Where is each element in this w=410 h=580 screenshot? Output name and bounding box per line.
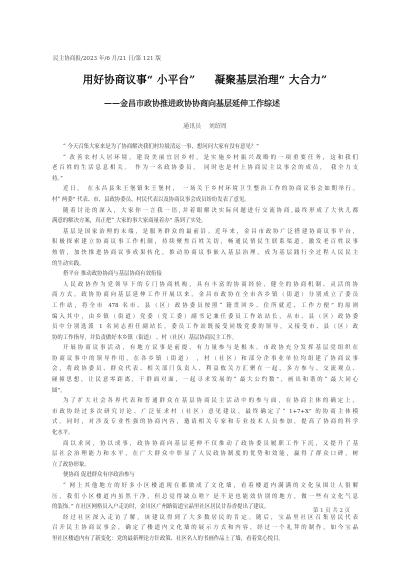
body-line: 商方式。政协协商向基层延伸工作开展以来，金昌市政协在全市各乡镇（街道）分别成立了…: [52, 290, 358, 301]
body-line: 经过社区深入走访了解，该建议得到了大多数居民的肯定。随后，宝晶里社区召集居民代表: [52, 513, 358, 524]
body-line: 员中分别选派 1 名同志担任副站长，委员工作站既接受同级党委的领导，又接受市、县…: [52, 322, 358, 333]
body-line: 协的工作指导，并负责做好本乡镇（街道） 、村（社区）基层协商民主工作。: [52, 333, 358, 344]
body-line: 工作站，将全市 478 名市、县（区）政协委员按照“ 籍贯回乡、住所就近、工作方…: [52, 301, 358, 312]
article-body: “ 今天召集大家来是为了协商解决我们村垃圾清运一事，想问问大家有没有意见？”“ …: [52, 142, 358, 545]
body-line: 近日， 在永昌县朱王堡镇朱王堡村， 一场关于乡村环境卫生整治工作的协商议事会如期…: [52, 184, 358, 195]
byline: 通讯员 刘绍周: [0, 121, 410, 130]
body-line: 开展协商议事活动，有地方议事是前提，有力量参与是根本。市政协充分发挥基层党组织在: [52, 343, 358, 354]
body-line: 压，我们小区楼道内虽然干净，但总觉得缺点啥？是不是也能效仿别的地方，做一些有文化…: [52, 492, 358, 503]
body-line: 式。同时，对涉及专业性强的协商内容，邀请相关专家和专业技术人员参加，提高了协商的…: [52, 417, 358, 428]
body-line: 里社区楼道内有了新变化：党的最新理论方针政策、社区名人的书画作品上了墙，看着赏心…: [52, 534, 358, 545]
body-line: 基层是国家治理的末端，是服务群众的最前沿。近年来，金昌市政协广泛搭建协商议事平台…: [52, 227, 358, 238]
page-footer: 第 1 页 共 2 页: [313, 506, 350, 514]
body-line: 满意的解决方案，真正把“ 大家的事大家商量着办” 落到了实处。: [52, 216, 358, 227]
body-line: 的生动实践。: [52, 259, 358, 270]
body-line: 商以求同，协以成事，政协协商向基层延伸不仅推动了政协委员履职工作下沉，又提升了基: [52, 439, 358, 450]
body-line: 市政协经过多次研究讨论、广泛征求村（社区）意见建议，最终确定了“ 1+7+X” …: [52, 407, 358, 418]
body-line: 老百姓的生活息息相关。 作为一名政协委员， 同时也是村上协商民主议事会的成员， …: [52, 163, 358, 174]
section-heading: 便协商 促进群众有序政治参与: [52, 470, 358, 481]
body-line: 圆”。: [52, 386, 358, 397]
article-subtitle: ——金昌市政协推进政协协商向基层延伸工作综述: [104, 98, 280, 109]
body-line: 会，将政协委员、群众代表、相关部门负责人、利益攸关方汇聚在一起，多方参与、交流观…: [52, 364, 358, 375]
body-line: 随着讨论的深入，大家你一言我一语,并着眼解决实际问题进行交流协商,最终形成了大伙…: [52, 206, 358, 217]
source-line: 民主协商报/2023 年/6 月/21 日/第 121 版: [53, 54, 161, 62]
body-line: 热情，加快推进协商议事成果转化，推动协商议事嵌入基层治理，成为基层践行全过程人民…: [52, 248, 358, 259]
body-line: 化水平。: [52, 428, 358, 439]
document-page: 民主协商报/2023 年/6 月/21 日/第 121 版 用好协商议事“ 小平…: [0, 0, 410, 580]
body-line: 召开民主协商议事会，确定了楼道内文化墙的展示方式和内容，经过一个礼拜的制作，如今…: [52, 523, 358, 534]
body-line: 碰撞思想，让民意零距离，干群面对面，一起寻求发展的“ 最大公约数”，画出和谐的“…: [52, 375, 358, 386]
body-line: 编入其中，由乡镇（街道）党委（党工委）副书记兼任委员工作站站长，从市、县（区）政…: [52, 312, 358, 323]
body-line: 积极探索建立协商议事工作机制，持续聚焦百姓关切，畅通民情民生联系渠道，激发老百姓…: [52, 237, 358, 248]
body-line: 人民政协作为党领导下的专门协商机构，具有丰富的协商经验、健全的协商机制、灵活的协: [52, 280, 358, 291]
body-line: “ 网上其他地方的好多小区楼道现在都做成了文化墙，看着楼道内满满的文化氛围让人很…: [52, 481, 358, 492]
body-line: 协商议事中的领导作用，在各乡镇（街道） ，村（社区）和部分企事业单位均组建了协商…: [52, 354, 358, 365]
body-line: “ 今天召集大家来是为了协商解决我们村垃圾清运一事，想问问大家有没有意见？”: [52, 142, 358, 153]
body-line: “ 改善农村人居环境，建设美丽宜居乡村，是实施乡村振兴战略的一项重要任务，这和我…: [52, 153, 358, 164]
body-line: 村“ 两委” 代表、市、县政协委员、村民代表以及协商议事会成员纷纷发表了意见。: [52, 195, 358, 206]
section-heading: 搭平台 推动政协协商与基层协商有效衔接: [52, 269, 358, 280]
body-line: 为了扩大社会各界代表和普通群众在基层协商民主活动中的参与面，在协商主体的确定上，: [52, 396, 358, 407]
body-line: 持。”: [52, 174, 358, 185]
article-title: 用好协商议事“ 小平台” 凝聚基层治理“ 大合力”: [0, 72, 410, 87]
body-line: 层社会治理能力和水平，在广大群众中彰显了人民政协制度的优势和效能，赢得了群众口碑…: [52, 449, 358, 460]
body-line: 立了政协形象。: [52, 460, 358, 471]
